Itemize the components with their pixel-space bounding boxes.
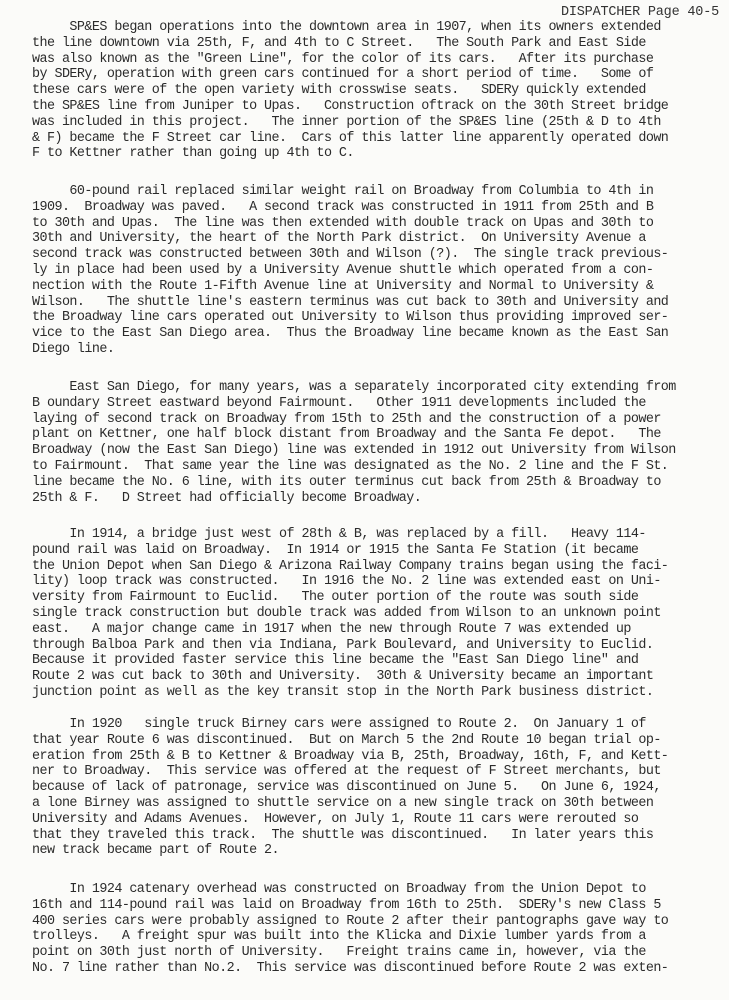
text-line: In 1924 catenary overhead was constructe…: [32, 882, 722, 898]
text-line: junction point as well as the key transi…: [32, 685, 722, 701]
text-line: ner to Broadway. This service was offere…: [32, 764, 722, 780]
text-line: pound rail was laid on Broadway. In 1914…: [32, 543, 722, 559]
text-line: the line downtown via 25th, F, and 4th t…: [32, 36, 722, 52]
text-line: University and Adams Avenues. However, o…: [32, 812, 722, 828]
text-line: ly in place had been used by a Universit…: [32, 263, 722, 279]
text-line: No. 7 line rather than No.2. This servic…: [32, 961, 722, 977]
text-line: was also known as the "Green Line", for …: [32, 52, 722, 68]
text-line: line became the No. 6 line, with its out…: [32, 475, 722, 491]
text-line: was included in this project. The inner …: [32, 115, 722, 131]
text-line: by SDERy, operation with green cars cont…: [32, 67, 722, 83]
text-line: Wilson. The shuttle line's eastern termi…: [32, 295, 722, 311]
paragraph-1914-developments: In 1914, a bridge just west of 28th & B,…: [32, 527, 722, 701]
text-line: F to Kettner rather than going up 4th to…: [32, 146, 722, 162]
text-line: to 30th and Upas. The line was then exte…: [32, 216, 722, 232]
text-line: Because it provided faster service this …: [32, 653, 722, 669]
text-line: the Union Depot when San Diego & Arizona…: [32, 559, 722, 575]
text-line: Diego line.: [32, 342, 722, 358]
text-line: to Fairmount. That same year the line wa…: [32, 459, 722, 475]
text-line: through Balboa Park and then via Indiana…: [32, 638, 722, 654]
text-line: that year Route 6 was discontinued. But …: [32, 733, 722, 749]
text-line: 60-pound rail replaced similar weight ra…: [32, 184, 722, 200]
text-line: In 1920 single truck Birney cars were as…: [32, 717, 722, 733]
text-line: second track was constructed between 30t…: [32, 247, 722, 263]
text-line: & F) became the F Street car line. Cars …: [32, 131, 722, 147]
paragraph-1920-birney-cars: In 1920 single truck Birney cars were as…: [32, 717, 722, 859]
text-line: the SP&ES line from Juniper to Upas. Con…: [32, 99, 722, 115]
text-line: that they traveled this track. The shutt…: [32, 828, 722, 844]
text-line: 25th & F. D Street had officially become…: [32, 491, 722, 507]
text-line: SP&ES began operations into the downtown…: [32, 20, 722, 36]
text-line: 400 series cars were probably assigned t…: [32, 914, 722, 930]
text-line: 16th and 114-pound rail was laid on Broa…: [32, 898, 722, 914]
text-line: point on 30th just north of University. …: [32, 945, 722, 961]
text-line: In 1914, a bridge just west of 28th & B,…: [32, 527, 722, 543]
paragraph-sp-es-operations: SP&ES began operations into the downtown…: [32, 20, 722, 162]
text-line: laying of second track on Broadway from …: [32, 412, 722, 428]
text-line: new track became part of Route 2.: [32, 843, 722, 859]
paragraph-1924-catenary: In 1924 catenary overhead was constructe…: [32, 882, 722, 977]
text-line: east. A major change came in 1917 when t…: [32, 622, 722, 638]
page-header: DISPATCHER Page 40-5: [561, 5, 719, 20]
text-line: B oundary Street eastward beyond Fairmou…: [32, 396, 722, 412]
text-line: East San Diego, for many years, was a se…: [32, 380, 722, 396]
text-line: eration from 25th & B to Kettner & Broad…: [32, 749, 722, 765]
text-line: a lone Birney was assigned to shuttle se…: [32, 796, 722, 812]
text-line: trolleys. A freight spur was built into …: [32, 929, 722, 945]
text-line: plant on Kettner, one half block distant…: [32, 427, 722, 443]
text-line: 1909. Broadway was paved. A second track…: [32, 200, 722, 216]
text-line: nection with the Route 1-Fifth Avenue li…: [32, 279, 722, 295]
text-line: because of lack of patronage, service wa…: [32, 780, 722, 796]
text-line: single track construction but double tra…: [32, 606, 722, 622]
text-line: the Broadway line cars operated out Univ…: [32, 310, 722, 326]
text-line: Broadway (now the East San Diego) line w…: [32, 443, 722, 459]
document-page: DISPATCHER Page 40-5 SP&ES began operati…: [0, 0, 729, 1000]
text-line: lity) loop track was constructed. In 191…: [32, 574, 722, 590]
text-line: versity from Fairmount to Euclid. The ou…: [32, 590, 722, 606]
paragraph-east-san-diego: East San Diego, for many years, was a se…: [32, 380, 722, 506]
text-line: Route 2 was cut back to 30th and Univers…: [32, 669, 722, 685]
text-line: 30th and University, the heart of the No…: [32, 231, 722, 247]
text-line: these cars were of the open variety with…: [32, 83, 722, 99]
paragraph-broadway-rail: 60-pound rail replaced similar weight ra…: [32, 184, 722, 358]
text-line: vice to the East San Diego area. Thus th…: [32, 326, 722, 342]
